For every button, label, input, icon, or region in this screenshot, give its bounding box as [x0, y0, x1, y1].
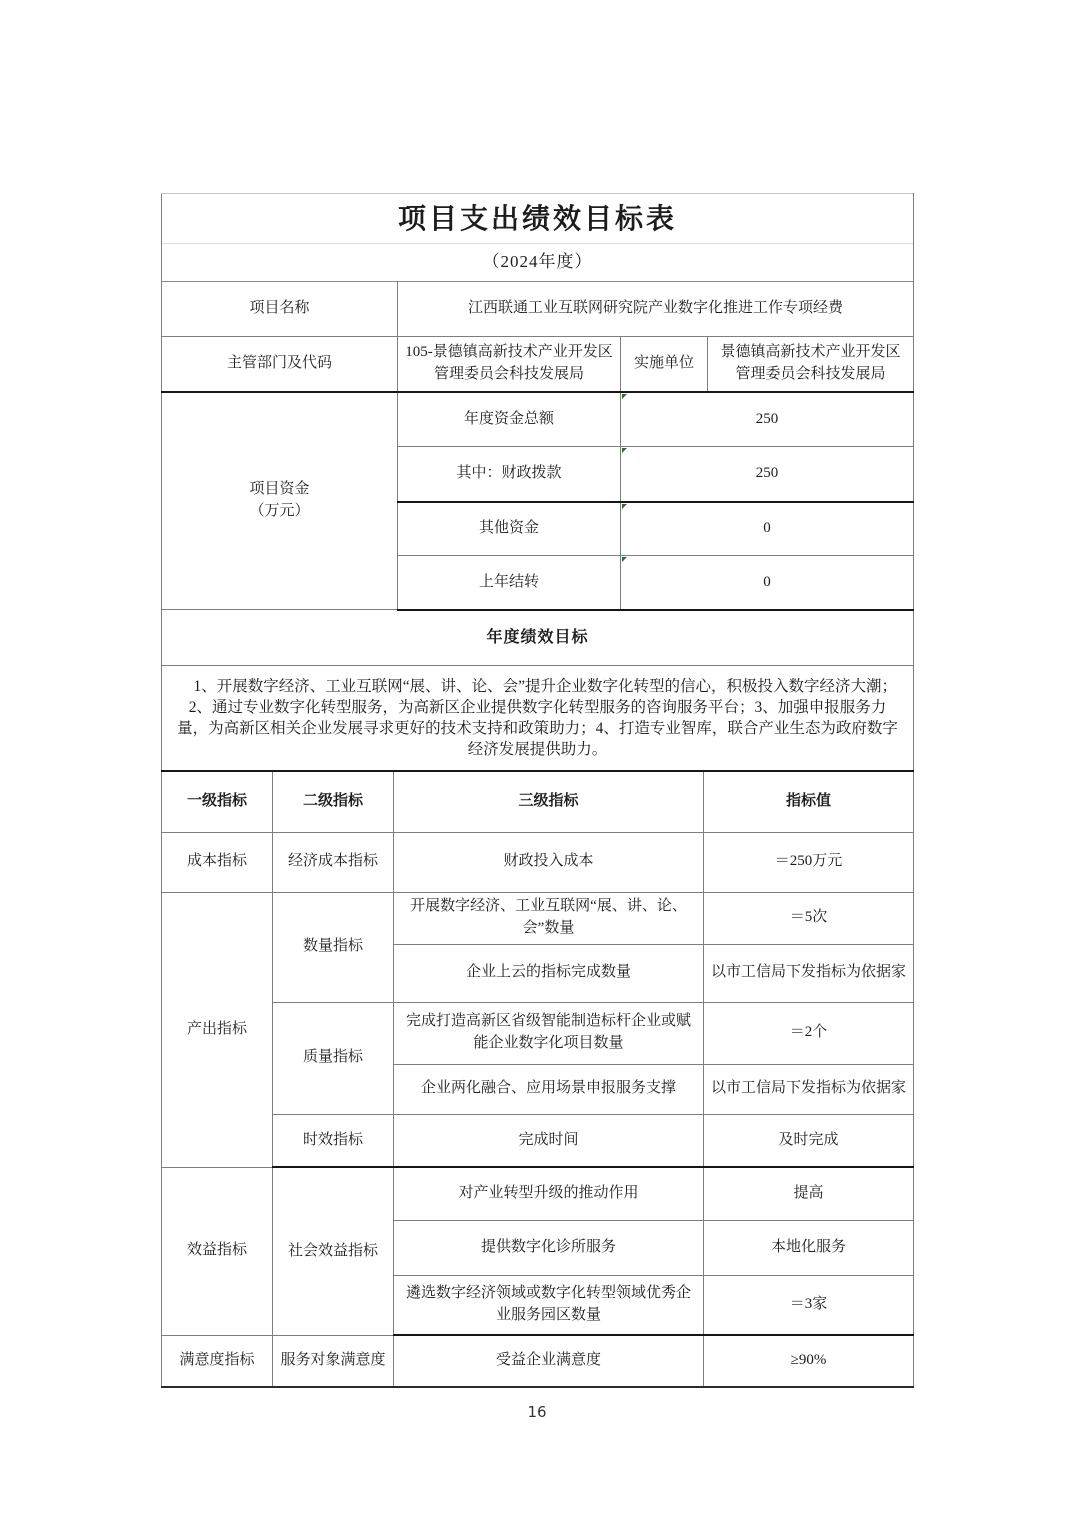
l1-cost: 成本指标: [162, 832, 273, 892]
val-transformation-push: 提高: [704, 1167, 914, 1220]
implementer-label: 实施单位: [621, 337, 708, 392]
excel-flag-icon: [622, 394, 627, 399]
project-name-label: 项目名称: [162, 282, 398, 337]
project-name-value: 江西联通工业互联网研究院产业数字化推进工作专项经费: [398, 282, 914, 337]
l1-satisfaction: 满意度指标: [162, 1335, 273, 1387]
l3-digital-clinic: 提供数字化诊所服务: [394, 1220, 704, 1275]
excel-flag-icon: [622, 448, 627, 453]
funds-label-line2: （万元）: [168, 501, 391, 523]
funds-label: 项目资金 （万元）: [162, 392, 398, 610]
col-header-level3: 三级指标: [394, 772, 704, 832]
funds-total-value: 250: [756, 411, 779, 427]
page-number: 16: [0, 1403, 1074, 1421]
project-info-table: 项目支出绩效目标表 （2024年度） 项目名称 江西联通工业互联网研究院产业数字…: [161, 193, 914, 772]
l3-beneficiary-satisfaction: 受益企业满意度: [394, 1335, 704, 1387]
l2-quantity: 数量指标: [273, 892, 394, 1002]
l2-economic-cost: 经济成本指标: [273, 832, 394, 892]
l2-timeliness: 时效指标: [273, 1114, 394, 1167]
col-header-level1: 一级指标: [162, 772, 273, 832]
l3-cloud-onboarding: 企业上云的指标完成数量: [394, 944, 704, 1002]
funds-row-label: 其中：财政拨款: [398, 447, 621, 502]
funds-row-label: 上年结转: [398, 556, 621, 610]
val-integration-support: 以市工信局下发指标为依据家: [704, 1064, 914, 1114]
val-beneficiary-satisfaction: ≥90%: [704, 1335, 914, 1387]
l2-service-satisfaction: 服务对象满意度: [273, 1335, 394, 1387]
val-selected-parks: ＝3家: [704, 1275, 914, 1335]
implementer-value: 景德镇高新技术产业开发区管理委员会科技发展局: [708, 337, 914, 392]
document-page: { "title": "项目支出绩效目标表", "subtitle": "（20…: [0, 0, 1074, 1520]
funds-other-value: 0: [763, 520, 771, 536]
l3-fiscal-input-cost: 财政投入成本: [394, 832, 704, 892]
l3-transformation-push: 对产业转型升级的推动作用: [394, 1167, 704, 1220]
funds-carryover-value: 0: [763, 574, 771, 590]
funds-label-line1: 项目资金: [168, 479, 391, 501]
l3-benchmark-projects: 完成打造高新区省级智能制造标杆企业或赋能企业数字化项目数量: [394, 1002, 704, 1064]
l3-events-count: 开展数字经济、工业互联网“展、讲、论、会”数量: [394, 892, 704, 944]
excel-flag-icon: [622, 557, 627, 562]
val-cloud-onboarding: 以市工信局下发指标为依据家: [704, 944, 914, 1002]
indicator-table: 一级指标 二级指标 三级指标 指标值 成本指标 经济成本指标 财政投入成本 ＝2…: [161, 772, 914, 1388]
page-title: 项目支出绩效目标表: [162, 194, 913, 244]
l1-benefit: 效益指标: [162, 1167, 273, 1335]
funds-row-value: 250: [621, 447, 914, 502]
performance-target-table: 项目支出绩效目标表 （2024年度） 项目名称 江西联通工业互联网研究院产业数字…: [161, 193, 913, 1388]
funds-row-value: 250: [621, 392, 914, 447]
l3-integration-support: 企业两化融合、应用场景申报服务支撑: [394, 1064, 704, 1114]
funds-row-value: 0: [621, 556, 914, 610]
department-label: 主管部门及代码: [162, 337, 398, 392]
l2-quality: 质量指标: [273, 1002, 394, 1114]
col-header-value: 指标值: [704, 772, 914, 832]
excel-flag-icon: [622, 504, 627, 509]
page-subtitle: （2024年度）: [162, 244, 913, 282]
val-events-count: ＝5次: [704, 892, 914, 944]
l3-completion-time: 完成时间: [394, 1114, 704, 1167]
funds-fiscal-value: 250: [756, 465, 779, 481]
val-benchmark-projects: ＝2个: [704, 1002, 914, 1064]
l2-social-benefit: 社会效益指标: [273, 1167, 394, 1335]
annual-goal-text: 1、开展数字经济、工业互联网“展、讲、论、会”提升企业数字化转型的信心，积极投入…: [162, 666, 914, 772]
val-completion-time: 及时完成: [704, 1114, 914, 1167]
col-header-level2: 二级指标: [273, 772, 394, 832]
funds-row-label: 年度资金总额: [398, 392, 621, 447]
val-fiscal-input-cost: ＝250万元: [704, 832, 914, 892]
funds-row-value: 0: [621, 502, 914, 556]
val-digital-clinic: 本地化服务: [704, 1220, 914, 1275]
title-block: 项目支出绩效目标表 （2024年度）: [162, 194, 914, 282]
funds-row-label: 其他资金: [398, 502, 621, 556]
department-value: 105-景德镇高新技术产业开发区管理委员会科技发展局: [398, 337, 621, 392]
l3-selected-parks: 遴选数字经济领域或数字化转型领域优秀企业服务园区数量: [394, 1275, 704, 1335]
l1-output: 产出指标: [162, 892, 273, 1167]
annual-goal-header: 年度绩效目标: [162, 610, 914, 666]
